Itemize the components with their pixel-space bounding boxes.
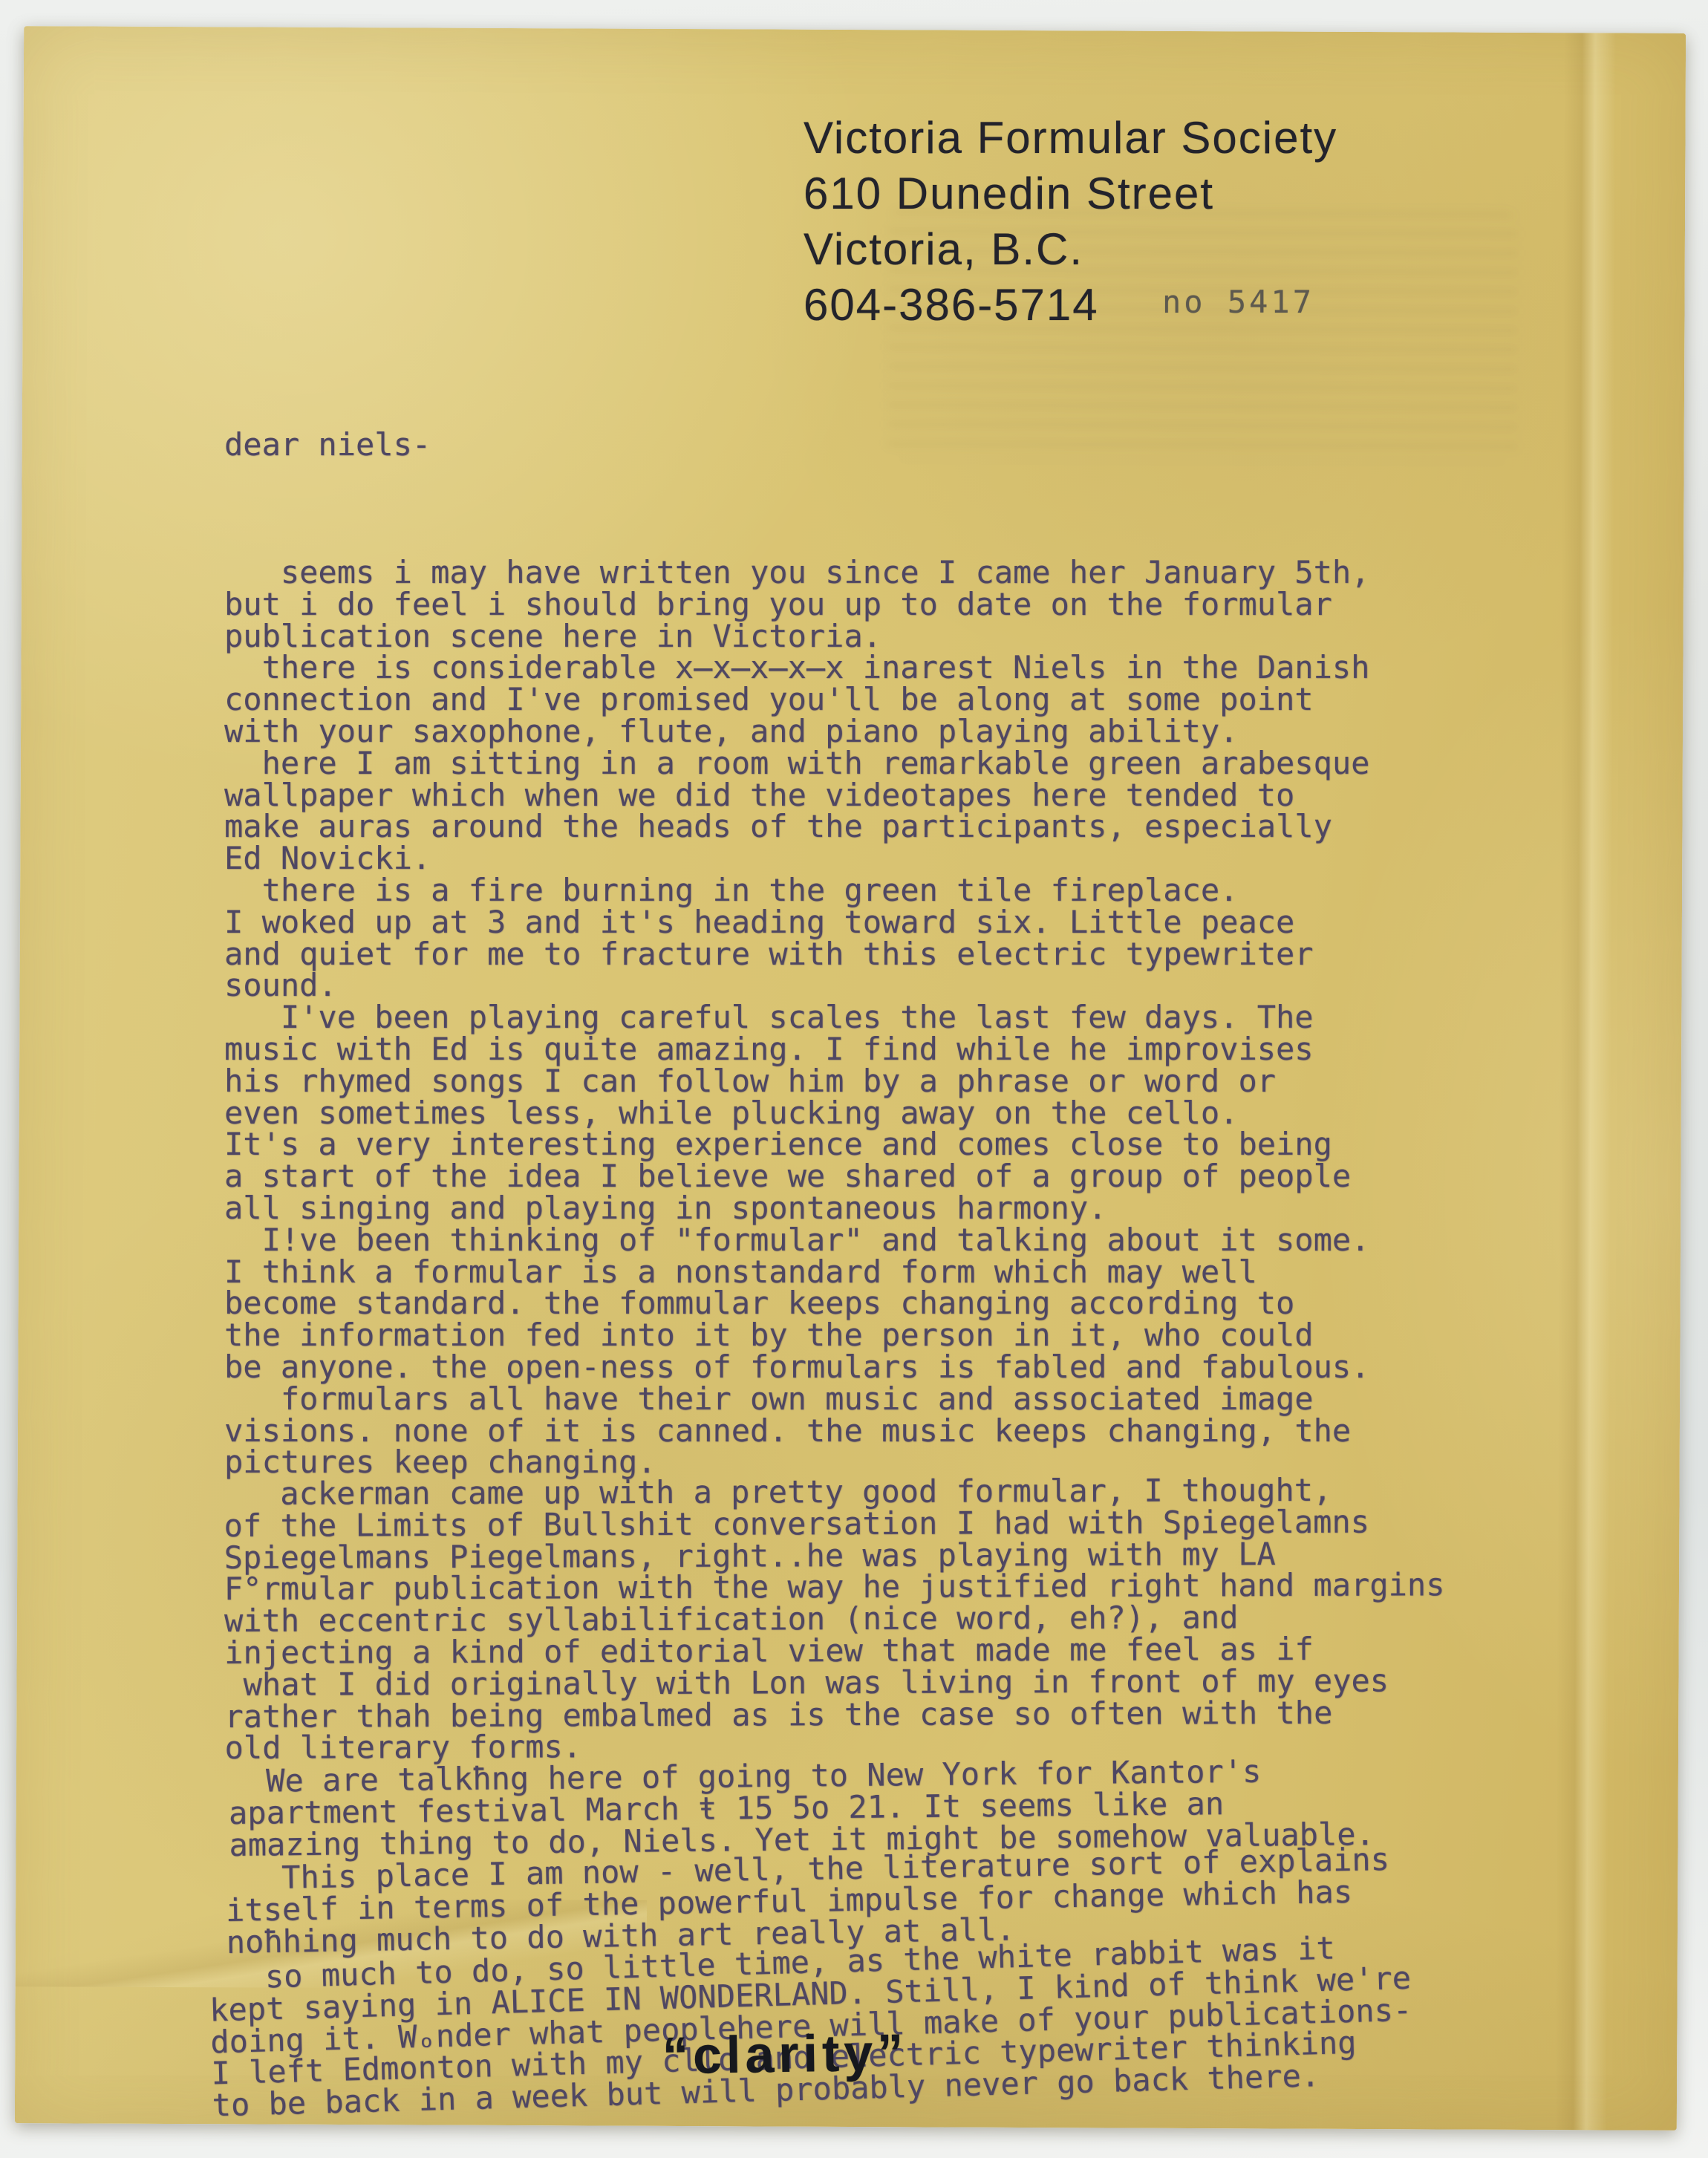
paragraph: seems i may have written you since I cam… xyxy=(224,557,1445,652)
letter-line: his rhymed songs I can follow him by a p… xyxy=(224,1066,1445,1098)
letter-line: seems i may have written you since I cam… xyxy=(224,557,1445,589)
letter-line: a start of the idea I believe we shared … xyxy=(224,1161,1445,1193)
letter-line: all singing and playing in spontaneous h… xyxy=(224,1193,1445,1225)
letter-line: music with Ed is quite amazing. I find w… xyxy=(224,1034,1445,1066)
paragraph: there is considerable x̶x̶x̶x̶x inarest … xyxy=(224,652,1445,747)
paragraph: formulars all have their own music and a… xyxy=(224,1383,1445,1479)
letter-line: It's a very interesting experience and c… xyxy=(224,1129,1445,1161)
letter-line: make auras around the heads of the parti… xyxy=(224,811,1445,843)
letter-line: I've been playing careful scales the las… xyxy=(224,1002,1445,1034)
letter-line: publication scene here in Victoria. xyxy=(224,621,1445,653)
letterhead-org: Victoria Formular Society xyxy=(804,110,1337,166)
letter-line: and quiet for me to fracture with this e… xyxy=(224,939,1445,971)
letter-line: sound. xyxy=(224,970,1445,1002)
photo-of-letter: { "colors": { "paper": "#d9c372", "ink_t… xyxy=(0,0,1708,2158)
letter-line: there is considerable x̶x̶x̶x̶x inarest … xyxy=(224,652,1445,684)
paragraph: ackerman came up with a pretty good form… xyxy=(224,1474,1445,1764)
footer-clarity: “clarity” xyxy=(662,2023,907,2086)
letter-body: seems i may have written you since I cam… xyxy=(224,557,1445,2114)
paragraph: here I am sitting in a room with remarka… xyxy=(224,748,1445,875)
letter-line: here I am sitting in a room with remarka… xyxy=(224,748,1445,780)
letter-line: rather thah being embalmed as is the cas… xyxy=(224,1697,1445,1733)
letter-line: connection and I've promised you'll be a… xyxy=(224,684,1445,716)
letter-line: there is a fire burning in the green til… xyxy=(224,875,1445,907)
reference-number: no 5417 xyxy=(1162,284,1314,320)
letterhead-city: Victoria, B.C. xyxy=(804,221,1337,277)
letter-line: become standard. the fommular keeps chan… xyxy=(224,1288,1445,1320)
letter-line: with your saxophone, flute, and piano pl… xyxy=(224,716,1445,748)
letter-text: dear niels- seems i may have written you… xyxy=(224,365,1445,2146)
letter-line: wallpaper which when we did the videotap… xyxy=(224,780,1445,812)
letter-line: visions. none of it is canned. the music… xyxy=(224,1415,1445,1447)
letter-line: I woked up at 3 and it's heading toward … xyxy=(224,907,1445,939)
paragraph: I've been playing careful scales the las… xyxy=(224,1002,1445,1225)
letterhead-street: 610 Dunedin Street xyxy=(804,166,1337,221)
letter-line: even sometimes less, while plucking away… xyxy=(224,1098,1445,1129)
letter-line: Ed Novicki. xyxy=(224,843,1445,875)
letter-line: I!ve been thinking of "formular" and tal… xyxy=(224,1225,1445,1256)
letter-line: the information fed into it by the perso… xyxy=(224,1320,1445,1352)
letter-line: formulars all have their own music and a… xyxy=(224,1383,1445,1415)
letter-line: be anyone. the open-ness of formulars is… xyxy=(224,1352,1445,1383)
paragraph: I!ve been thinking of "formular" and tal… xyxy=(224,1225,1445,1383)
paragraph: there is a fire burning in the green til… xyxy=(224,875,1445,1002)
paper-crease xyxy=(1555,33,1616,2130)
letter-line: I think a formular is a nonstandard form… xyxy=(224,1256,1445,1288)
greeting: dear niels- xyxy=(224,429,1445,461)
letter-line: but i do feel i should bring you up to d… xyxy=(224,589,1445,621)
